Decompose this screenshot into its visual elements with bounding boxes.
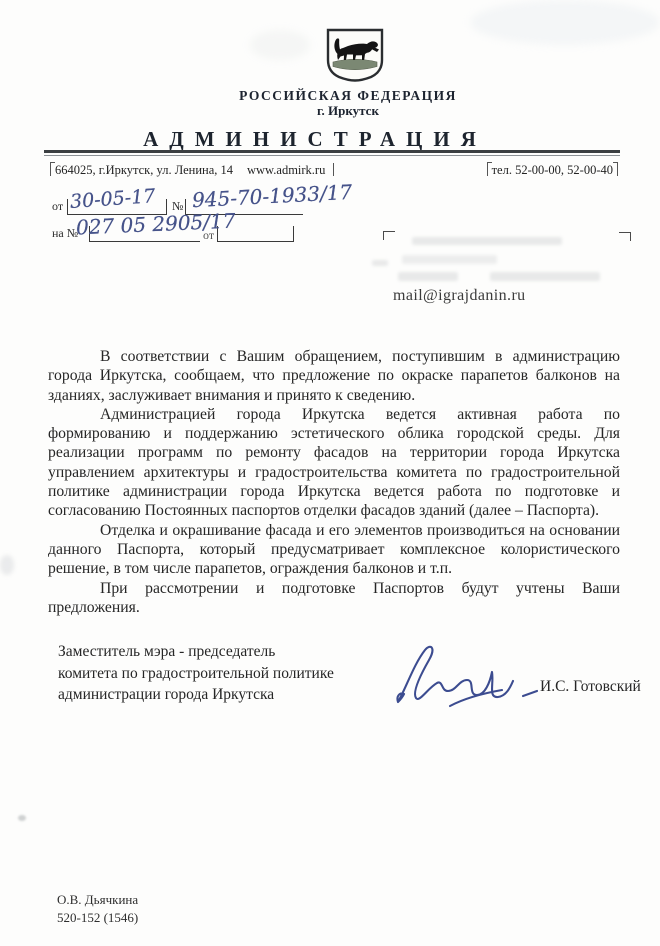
letterhead-address-line: 664025, г.Иркутск, ул. Ленина, 14www.adm… — [50, 162, 334, 178]
ref-from-label: от — [52, 199, 63, 214]
letterhead-phone-line: тел. 52-00-00, 52-00-40 — [487, 162, 618, 178]
scan-smudge — [18, 815, 26, 821]
header-rule-thin — [44, 155, 620, 156]
scanned-letter-page: РОССИЙСКАЯ ФЕДЕРАЦИЯ г. Иркутск АДМИНИСТ… — [0, 0, 660, 946]
signer-position-line: комитета по градостроительной политике — [58, 663, 334, 685]
handwritten-outgoing-number: 945-70-1933/17 — [191, 180, 352, 212]
letterhead-phone: тел. 52-00-00, 52-00-40 — [492, 163, 613, 177]
signer-position-line: администрации города Иркутска — [58, 684, 334, 706]
signer-name: И.С. Готовский — [540, 678, 641, 696]
letter-body: В соответствии с Вашим обращением, посту… — [48, 347, 620, 617]
letterhead-country: РОССИЙСКАЯ ФЕДЕРАЦИЯ — [38, 88, 658, 104]
bracket-mark — [613, 162, 618, 176]
scan-smudge — [250, 30, 310, 60]
recipient-email: mail@igrajdanin.ru — [393, 287, 526, 305]
scan-smudge — [0, 555, 14, 575]
body-paragraph: Администрацией города Иркутска ведется а… — [48, 405, 620, 521]
scan-smudge — [470, 0, 660, 45]
signer-position: Заместитель мэра - председатель комитета… — [58, 641, 334, 706]
redacted-text-trace — [398, 272, 458, 281]
redacted-text-trace — [490, 272, 600, 281]
executor-block: О.В. Дьячкина 520-152 (1546) — [57, 891, 138, 926]
body-paragraph: Отделка и окрашивание фасада и его элеме… — [48, 521, 620, 579]
body-paragraph: В соответствии с Вашим обращением, посту… — [48, 347, 620, 405]
executor-name: О.В. Дьячкина — [57, 891, 138, 909]
signer-position-line: Заместитель мэра - председатель — [58, 641, 334, 663]
handwritten-signature — [390, 638, 550, 718]
recipient-corner-mark-left — [383, 231, 395, 240]
redacted-text-trace — [372, 260, 388, 266]
body-paragraph: При рассмотрении и подготовке Паспортов … — [48, 579, 620, 618]
executor-phone: 520-152 (1546) — [57, 909, 138, 927]
redacted-text-trace — [412, 237, 562, 245]
ref-reply-label: на № — [52, 226, 78, 241]
letterhead-address: 664025, г.Иркутск, ул. Ленина, 14 — [55, 163, 233, 177]
letterhead-organization-title: АДМИНИСТРАЦИЯ — [10, 127, 620, 152]
irkutsk-coat-of-arms-icon — [326, 28, 384, 82]
bracket-mark — [333, 163, 334, 176]
recipient-corner-mark-right — [619, 232, 631, 241]
redacted-text-trace — [402, 255, 497, 264]
letterhead-website: www.admirk.ru — [247, 163, 325, 177]
header-rule-thick — [44, 150, 620, 153]
letterhead-city: г. Иркутск — [38, 103, 658, 119]
